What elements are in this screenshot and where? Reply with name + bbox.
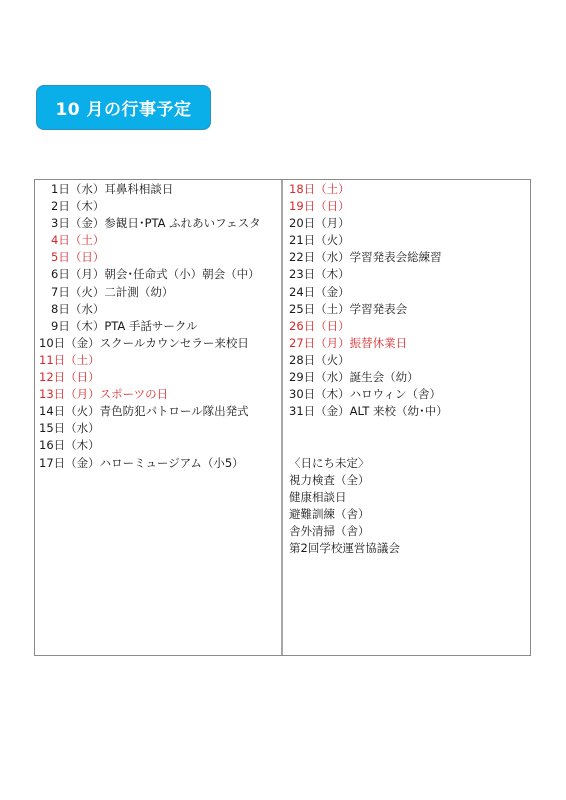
schedule-entry: 17日（金）ハローミュージアム（小5） bbox=[39, 455, 281, 472]
schedule-entry-text: 20日（月） bbox=[289, 216, 350, 230]
schedule-entry-text: 23日（木） bbox=[289, 267, 350, 281]
schedule-entry: 6日（月）朝会･任命式（小）朝会（中） bbox=[39, 266, 281, 283]
schedule-entry: 26日（日） bbox=[289, 318, 530, 335]
schedule-entry-text: 15日（水） bbox=[39, 421, 100, 435]
schedule-entry-text: 31日（金）ALT 来校（幼･中） bbox=[289, 404, 448, 418]
schedule-entry-text: 視力検査（全） bbox=[289, 473, 370, 487]
schedule-entry-text: 19日（日） bbox=[289, 199, 350, 213]
schedule-entry-text: 14日（火）青色防犯パトロール隊出発式 bbox=[39, 404, 249, 418]
schedule-entry: 4日（土） bbox=[39, 232, 281, 249]
schedule-entry: 23日（木） bbox=[289, 266, 530, 283]
schedule-entry: 5日（日） bbox=[39, 249, 281, 266]
schedule-entry-text: 2日（木） bbox=[51, 199, 104, 213]
page-title-banner: 10 月の行事予定 bbox=[36, 85, 211, 130]
schedule-entry-text: 30日（木）ハロウィン（舎） bbox=[289, 387, 441, 401]
schedule-entry: 19日（日） bbox=[289, 198, 530, 215]
undetermined-heading: 〈日にち未定〉 bbox=[289, 455, 530, 472]
schedule-entry: 3日（金）参観日･PTA ふれあいフェスタ bbox=[39, 215, 281, 232]
schedule-entry-text: 7日（火）二計測（幼） bbox=[51, 285, 173, 299]
schedule-entry: 21日（火） bbox=[289, 232, 530, 249]
schedule-entry-text: 4日（土） bbox=[51, 233, 104, 247]
schedule-entry-text: 9日（木）PTA 手話サークル bbox=[51, 319, 198, 333]
undetermined-item: 視力検査（全） bbox=[289, 472, 530, 489]
schedule-entry: 20日（月） bbox=[289, 215, 530, 232]
schedule-entry-text: 5日（日） bbox=[51, 250, 104, 264]
schedule-list-left: 1日（水）耳鼻科相談日2日（木）3日（金）参観日･PTA ふれあいフェスタ4日（… bbox=[39, 181, 281, 472]
schedule-entry: 29日（水）誕生会（幼） bbox=[289, 369, 530, 386]
schedule-entry-text: 8日（水） bbox=[51, 302, 104, 316]
undetermined-item: 第2回学校運営協議会 bbox=[289, 540, 530, 557]
schedule-entry-text: 11日（土） bbox=[39, 353, 100, 367]
schedule-entry: 13日（月）スポーツの日 bbox=[39, 386, 281, 403]
schedule-column-left: 1日（水）耳鼻科相談日2日（木）3日（金）参観日･PTA ふれあいフェスタ4日（… bbox=[35, 180, 283, 655]
schedule-entry-text: 3日（金）参観日･PTA ふれあいフェスタ bbox=[51, 216, 261, 230]
schedule-entry: 2日（木） bbox=[39, 198, 281, 215]
schedule-entry-text: 24日（金） bbox=[289, 285, 350, 299]
schedule-entry: 30日（木）ハロウィン（舎） bbox=[289, 386, 530, 403]
page-title: 10 月の行事予定 bbox=[55, 95, 191, 120]
schedule-entry: 11日（土） bbox=[39, 352, 281, 369]
schedule-list-right: 18日（土）19日（日）20日（月）21日（火）22日（水）学習発表会総練習23… bbox=[289, 181, 530, 557]
schedule-entry-text: 28日（火） bbox=[289, 353, 350, 367]
schedule-entry: 24日（金） bbox=[289, 284, 530, 301]
undetermined-item: 健康相談日 bbox=[289, 489, 530, 506]
schedule-entry-text: 1日（水）耳鼻科相談日 bbox=[51, 182, 173, 196]
schedule-entry: 16日（木） bbox=[39, 437, 281, 454]
undetermined-item: 避難訓練（舎） bbox=[289, 506, 530, 523]
schedule-entry: 27日（月）振替休業日 bbox=[289, 335, 530, 352]
schedule-entry-text: 12日（日） bbox=[39, 370, 100, 384]
schedule-entry-text: 21日（火） bbox=[289, 233, 350, 247]
schedule-entry: 14日（火）青色防犯パトロール隊出発式 bbox=[39, 403, 281, 420]
schedule-entry-text: 6日（月）朝会･任命式（小）朝会（中） bbox=[51, 267, 260, 281]
schedule-entry-text: 17日（金）ハローミュージアム（小5） bbox=[39, 456, 244, 470]
schedule-entry: 10日（金）スクールカウンセラー来校日 bbox=[39, 335, 281, 352]
schedule-entry-text: 29日（水）誕生会（幼） bbox=[289, 370, 419, 384]
schedule-entry-text: 18日（土） bbox=[289, 182, 350, 196]
schedule-entry: 1日（水）耳鼻科相談日 bbox=[39, 181, 281, 198]
schedule-entry: 8日（水） bbox=[39, 301, 281, 318]
schedule-entry-text: 健康相談日 bbox=[289, 490, 347, 504]
blank-line bbox=[289, 437, 530, 454]
schedule-entry-text: 〈日にち未定〉 bbox=[289, 456, 370, 470]
schedule-entry-text: 25日（土）学習発表会 bbox=[289, 302, 407, 316]
undetermined-item: 舎外清掃（舎） bbox=[289, 523, 530, 540]
schedule-entry-text: 16日（木） bbox=[39, 438, 100, 452]
schedule-entry: 9日（木）PTA 手話サークル bbox=[39, 318, 281, 335]
schedule-entry-text: 22日（水）学習発表会総練習 bbox=[289, 250, 442, 264]
schedule-table: 1日（水）耳鼻科相談日2日（木）3日（金）参観日･PTA ふれあいフェスタ4日（… bbox=[34, 179, 531, 656]
schedule-entry-text: 第2回学校運営協議会 bbox=[289, 541, 400, 555]
schedule-column-right: 18日（土）19日（日）20日（月）21日（火）22日（水）学習発表会総練習23… bbox=[283, 180, 530, 655]
schedule-entry: 18日（土） bbox=[289, 181, 530, 198]
schedule-entry: 31日（金）ALT 来校（幼･中） bbox=[289, 403, 530, 420]
blank-line bbox=[289, 420, 530, 437]
schedule-entry-text: 避難訓練（舎） bbox=[289, 507, 370, 521]
schedule-entry-text: 27日（月）振替休業日 bbox=[289, 336, 407, 350]
schedule-entry-text: 26日（日） bbox=[289, 319, 350, 333]
schedule-entry-text: 舎外清掃（舎） bbox=[289, 524, 370, 538]
schedule-entry: 25日（土）学習発表会 bbox=[289, 301, 530, 318]
schedule-entry-text: 13日（月）スポーツの日 bbox=[39, 387, 168, 401]
schedule-entry-text: 10日（金）スクールカウンセラー来校日 bbox=[39, 336, 249, 350]
schedule-entry: 12日（日） bbox=[39, 369, 281, 386]
schedule-entry: 15日（水） bbox=[39, 420, 281, 437]
schedule-entry: 7日（火）二計測（幼） bbox=[39, 284, 281, 301]
schedule-entry: 28日（火） bbox=[289, 352, 530, 369]
schedule-entry: 22日（水）学習発表会総練習 bbox=[289, 249, 530, 266]
